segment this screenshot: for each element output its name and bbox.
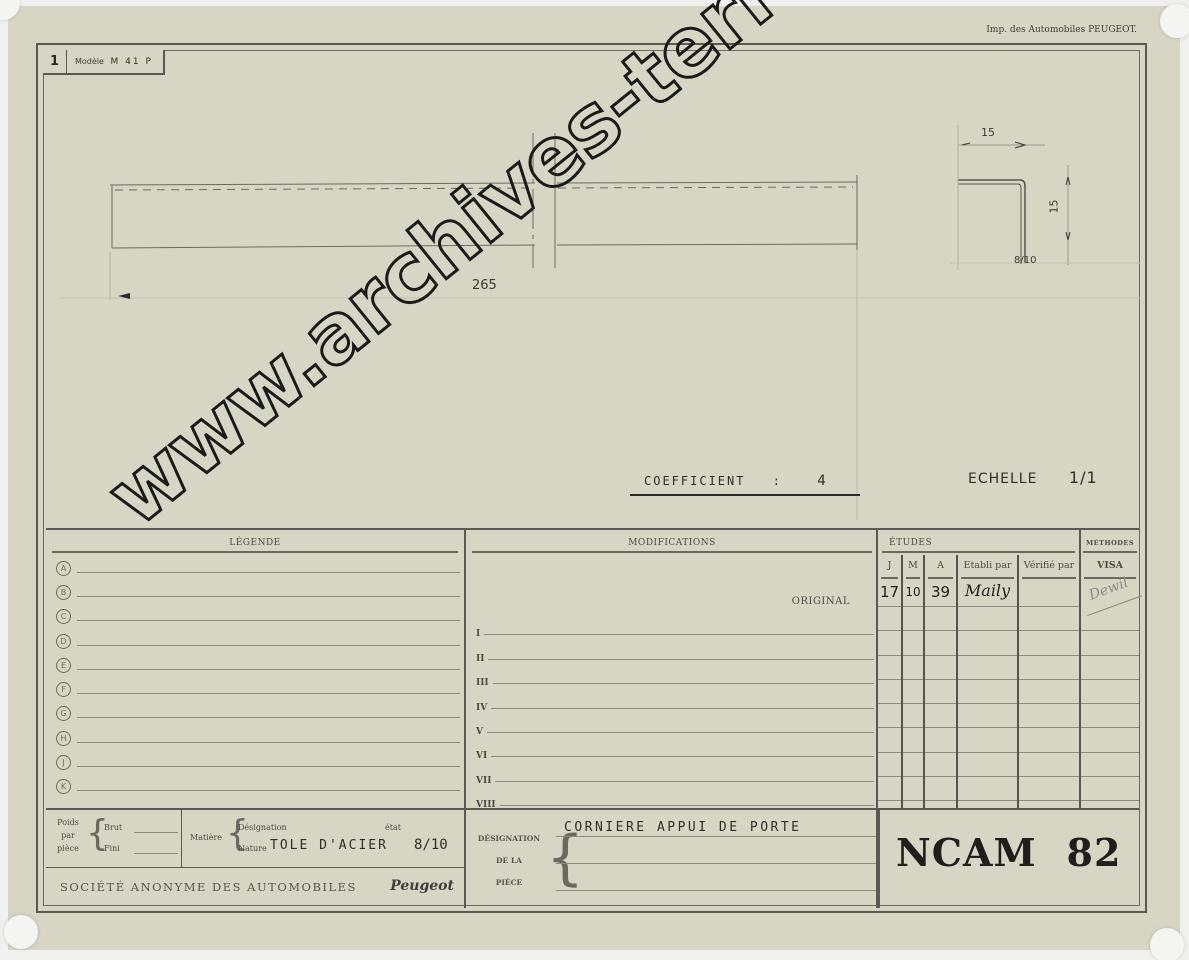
scale-value: 1/1	[1069, 468, 1098, 487]
legend-marker-icon: B	[56, 585, 71, 600]
part-prefix: NCAM	[896, 830, 1037, 875]
part-number: NCAM82	[896, 830, 1121, 875]
legend-row: E	[46, 653, 464, 677]
day-value: 17	[878, 579, 901, 607]
modification-row: II	[466, 639, 876, 663]
legend-marker-icon: H	[56, 731, 71, 746]
scale-field: ECHELLE 1/1	[968, 468, 1098, 487]
col-etabli-par: Etabli par Maily	[958, 555, 1019, 808]
legend-row: J	[46, 750, 464, 774]
pin-bottom-right	[1150, 928, 1184, 960]
methodes-title: MÉTHODES	[1083, 530, 1137, 553]
col-mois: M 10	[903, 555, 925, 808]
legend-marker-icon: G	[56, 706, 71, 721]
modification-row: I	[466, 615, 876, 639]
weight-field: Poids par pièce { Brut Fini	[46, 810, 182, 867]
modification-row: IV	[466, 688, 876, 712]
legend-list: A B C D E F G H J K	[46, 553, 464, 799]
section-height-dimension: 15	[1048, 200, 1061, 214]
net-weight-label: Fini	[104, 844, 120, 853]
legend-row: A	[46, 556, 464, 580]
weight-material-block: Poids par pièce { Brut Fini Matière { Dé…	[46, 808, 466, 908]
legend-row: F	[46, 677, 464, 701]
legend-marker-icon: A	[56, 561, 71, 576]
designation-label: Désignation	[238, 823, 287, 832]
part-number-block: NCAM82	[878, 808, 1139, 908]
legend-section: LÉGENDE A B C D E F G H J K	[46, 530, 466, 808]
pin-bottom-left	[4, 915, 38, 949]
author-signature: Maily	[958, 579, 1017, 607]
legend-marker-icon: D	[56, 634, 71, 649]
month-value: 10	[903, 579, 923, 607]
legend-marker-icon: E	[56, 658, 71, 673]
scale-label: ECHELLE	[968, 471, 1037, 487]
checker-signature	[1019, 579, 1079, 607]
state-label: état	[385, 823, 401, 832]
weight-label: Poids par pièce	[52, 816, 84, 855]
legend-marker-icon: K	[56, 779, 71, 794]
legend-row: D	[46, 629, 464, 653]
modification-row: V	[466, 713, 876, 737]
part-designation-value: CORNIERE APPUI DE PORTE	[564, 820, 802, 835]
etudes-section: ÉTUDES J 17 M 10 A 39 Etabli par Maily	[878, 530, 1079, 808]
legend-marker-icon: F	[56, 682, 71, 697]
part-number-value: 82	[1067, 830, 1122, 875]
coefficient-field: COEFFICIENT : 4	[630, 473, 860, 496]
title-block: LÉGENDE A B C D E F G H J K MODIFICATION…	[46, 528, 1139, 906]
modification-row: VI	[466, 737, 876, 761]
col-jour: J 17	[878, 555, 903, 808]
col-verifie-par: Vérifié par	[1019, 555, 1079, 808]
material-field: Matière { Désignation état Nature TOLE D…	[182, 810, 464, 867]
peugeot-logo: Peugeot	[390, 878, 454, 894]
modifications-section: MODIFICATIONS ORIGINAL I II III IV V VI …	[466, 530, 878, 808]
coefficient-separator: :	[773, 474, 782, 488]
nature-label: Nature	[238, 844, 267, 853]
legend-row: B	[46, 580, 464, 604]
etudes-grid: J 17 M 10 A 39 Etabli par Maily Vérifié …	[878, 555, 1079, 808]
material-thickness-value: 8/10	[414, 837, 448, 853]
coefficient-value: 4	[817, 473, 827, 489]
legend-marker-icon: C	[56, 609, 71, 624]
nature-value: TOLE D'ACIER	[270, 838, 388, 853]
modification-row: III	[466, 664, 876, 688]
legend-row: K	[46, 775, 464, 799]
modifications-title: MODIFICATIONS	[472, 530, 872, 553]
etudes-title: ÉTUDES	[882, 530, 1075, 553]
legend-row: C	[46, 605, 464, 629]
legend-row: H	[46, 726, 464, 750]
original-label: ORIGINAL	[466, 553, 876, 615]
legend-marker-icon: J	[56, 755, 71, 770]
year-value: 39	[925, 579, 956, 607]
part-designation-block: DÉSIGNATION DE LA PIÈCE { CORNIERE APPUI…	[466, 808, 878, 908]
material-label: Matière	[190, 833, 222, 842]
part-designation-label: DÉSIGNATION DE LA PIÈCE	[472, 828, 546, 894]
legend-row: G	[46, 702, 464, 726]
legend-title: LÉGENDE	[52, 530, 458, 553]
thickness-dimension: 8/10	[1014, 255, 1036, 266]
company-name: SOCIÉTÉ ANONYME DES AUTOMOBILES Peugeot	[46, 867, 464, 907]
section-width-dimension: 15	[981, 126, 995, 139]
gross-weight-label: Brut	[104, 823, 122, 832]
col-annee: A 39	[925, 555, 958, 808]
col-visa: VISA Dewil	[1081, 555, 1139, 808]
modification-row: VII	[466, 761, 876, 785]
coefficient-label: COEFFICIENT	[644, 474, 745, 488]
modification-row: VIII	[466, 786, 876, 810]
methodes-section: MÉTHODES VISA Dewil	[1079, 530, 1139, 808]
